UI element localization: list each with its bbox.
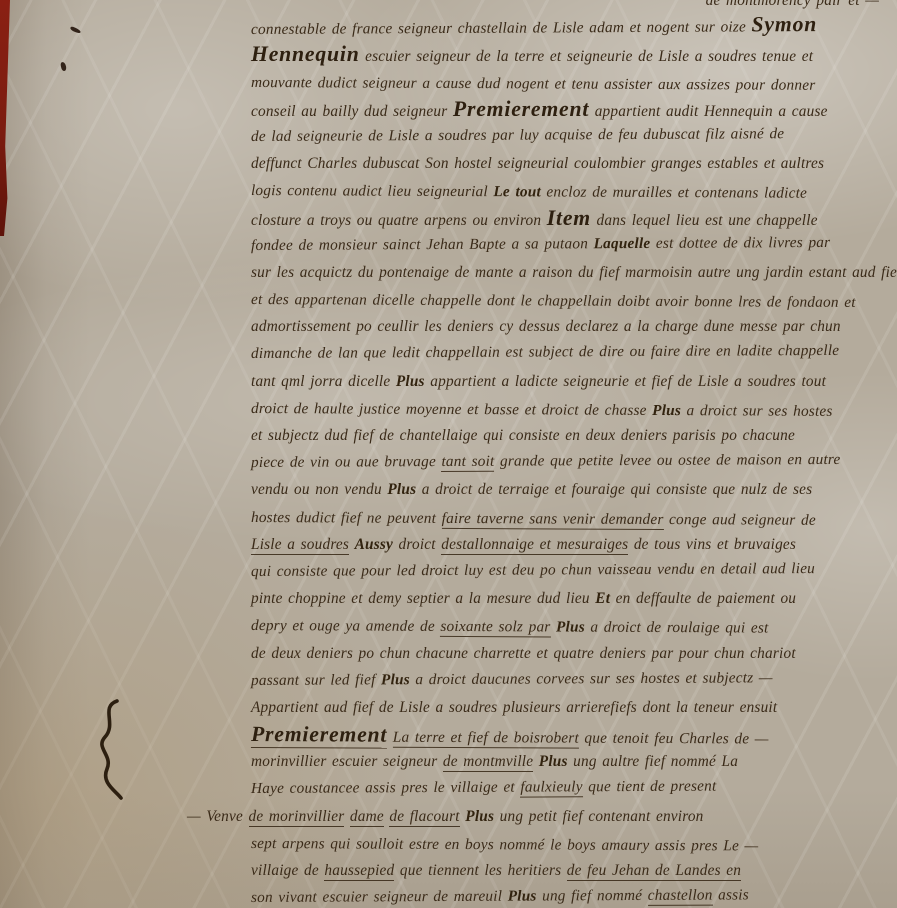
text-segment: Plus (381, 671, 410, 688)
text-segment: encloz de murailles et contenans ladicte (541, 184, 807, 202)
manuscript-line: closture a troys ou quatre arpens ou env… (251, 205, 893, 232)
text-segment: assis (713, 887, 749, 904)
manuscript-line: dimanche de lan que ledit chappellain es… (251, 337, 893, 368)
text-segment: faire taverne sans venir demander (442, 509, 664, 529)
text-segment: Plus (396, 373, 425, 390)
manuscript-line: Premierement La terre et fief de boisrob… (251, 721, 893, 751)
text-segment: que tenoit feu Charles de — (579, 730, 769, 748)
manuscript-line: tant qml jorra dicelle Plus appartient a… (251, 368, 893, 395)
text-segment: de morinvillier (249, 808, 345, 827)
manuscript-line: sept arpens qui soulloit estre en boys n… (251, 830, 893, 860)
text-segment: ung fief nommé (536, 887, 647, 905)
text-segment: escuier seigneur de la terre et seigneur… (360, 48, 814, 65)
manuscript-line: Hennequin escuier seigneur de la terre e… (251, 41, 893, 68)
text-segment: Et (595, 590, 610, 607)
text-segment: de flacourt (389, 808, 459, 827)
text-segment: Haye coustancee assis pres le villaige e… (251, 779, 520, 797)
text-segment: qui consiste que pour led droict luy est… (251, 560, 815, 580)
text-segment: a droict sur ses hostes (681, 402, 833, 420)
text-segment: mouvante dudict seigneur a cause dud nog… (251, 74, 815, 94)
text-segment: fondee de monsieur sainct Jehan Bapte a … (251, 235, 594, 254)
text-segment: Le tout (493, 183, 541, 200)
text-segment: Appartient aud fief de Lisle a soudres p… (251, 699, 777, 716)
manuscript-line: de deux deniers po chun chacune charrett… (251, 640, 893, 667)
text-segment: dimanche de lan que ledit chappellain es… (251, 342, 839, 362)
text-segment: conseil au bailly dud seigneur (251, 103, 453, 120)
manuscript-line: mouvante dudict seigneur a cause dud nog… (251, 69, 893, 99)
text-segment: Plus (387, 481, 416, 498)
text-segment: villaige de (251, 862, 324, 879)
text-segment: son vivant escuier seigneur de mareuil (251, 888, 508, 906)
text-segment: depry et ouge ya amende de (251, 617, 440, 635)
emphasized-word: Item (547, 206, 591, 230)
manuscript-line: logis contenu audict lieu seigneurial Le… (251, 177, 893, 207)
text-segment: et des appartenan dicelle chappelle dont… (251, 291, 856, 311)
manuscript-line: hostes dudict fief ne peuvent faire tave… (251, 504, 893, 534)
text-segment: ung aultre fief nommé La (568, 753, 738, 770)
manuscript-line: passant sur led fief Plus a droict daucu… (251, 663, 893, 694)
text-segment: sur les acquictz du pontenaige de mante … (251, 264, 897, 281)
manuscript-line: et subjectz dud fief de chantellaige qui… (251, 422, 893, 449)
manuscript-line: fondee de monsieur sainct Jehan Bapte a … (251, 228, 893, 259)
manuscript-line: pinte choppine et demy septier a la mesu… (251, 585, 893, 612)
emphasized-word: Premierement (251, 722, 387, 749)
text-segment: Laquelle (594, 235, 651, 252)
manuscript-line: vendu ou non vendu Plus a droict de terr… (251, 476, 893, 503)
manuscript-line: Lisle a soudres Aussy droict destallonna… (251, 531, 893, 558)
text-segment: de montmorency pair et — (706, 0, 879, 9)
text-segment: dans lequel lieu est une chappelle (591, 212, 818, 229)
text-segment: pinte choppine et demy septier a la mesu… (251, 590, 595, 607)
text-segment: de lad seigneurie de Lisle a soudres par… (251, 125, 784, 145)
emphasized-word: Hennequin (251, 42, 360, 66)
text-segment: Plus (465, 808, 494, 825)
manuscript-line: son vivant escuier seigneur de mareuil P… (251, 881, 893, 908)
manuscript-line: de lad seigneurie de Lisle a soudres par… (251, 120, 893, 151)
emphasized-word: Premierement (453, 97, 589, 121)
text-segment: chastellon (648, 887, 713, 906)
manuscript-line: conseil au bailly dud seigneur Premierem… (251, 96, 893, 123)
manuscript-line: villaige de haussepied que tiennent les … (251, 857, 893, 884)
text-segment: a droict daucunes corvees sur ses hostes… (410, 669, 773, 688)
text-segment: de montmville (443, 753, 533, 772)
text-segment: closture a troys ou quatre arpens ou env… (251, 212, 547, 229)
manuscript-line: et des appartenan dicelle chappelle dont… (251, 286, 893, 316)
manuscript-line: deffunct Charles dubuscat Son hostel sei… (251, 150, 893, 177)
text-segment: de feu Jehan de Landes en (567, 862, 741, 881)
text-segment: et subjectz dud fief de chantellaige qui… (251, 427, 795, 444)
text-segment: en deffaulte de paiement ou (610, 590, 796, 607)
manuscript-page: de montmorency pair et —connestable de f… (0, 0, 897, 908)
text-segment: — Venve (187, 808, 249, 825)
text-segment: hostes dudict fief ne peuvent (251, 509, 442, 527)
text-segment: Plus (508, 888, 537, 905)
text-segment: destallonnaige et mesuraiges (441, 536, 628, 555)
manuscript-line: sur les acquictz du pontenaige de mante … (251, 259, 893, 286)
text-segment: que tient de present (583, 778, 717, 796)
emphasized-word: Symon (751, 12, 817, 36)
text-segment: de tous vins et bruvaiges (628, 536, 796, 553)
manuscript-line: droict de haulte justice moyenne et bass… (251, 395, 893, 425)
text-segment: conge aud seigneur de (664, 511, 816, 529)
text-segment: Plus (556, 619, 585, 636)
text-segment: haussepied (324, 862, 394, 881)
text-segment: Plus (539, 753, 568, 770)
text-segment: tant soit (441, 453, 494, 472)
manuscript-line: qui consiste que pour led droict luy est… (251, 555, 893, 586)
text-segment: deffunct Charles dubuscat Son hostel sei… (251, 155, 824, 172)
manuscript-line: depry et ouge ya amende de soixante solz… (251, 612, 893, 642)
text-segment: logis contenu audict lieu seigneurial (251, 182, 493, 200)
text-segment: appartient a ladicte seigneurie et fief … (425, 373, 826, 390)
text-segment: passant sur led fief (251, 671, 381, 689)
text-segment: est dottee de dix livres par (650, 234, 830, 252)
text-segment: Aussy (355, 536, 393, 553)
text-segment: soixante solz par (440, 618, 550, 638)
manuscript-line: connestable de france seigneur chastella… (251, 11, 893, 42)
text-segment: grande que petite levee ou ostee de mais… (494, 451, 840, 470)
text-segment: que tiennent les heritiers (394, 862, 566, 879)
text-segment: morinvillier escuier seigneur (251, 753, 443, 770)
text-segment: tant qml jorra dicelle (251, 373, 396, 390)
text-segment: droict de haulte justice moyenne et bass… (251, 400, 652, 419)
text-segment: Plus (652, 402, 681, 419)
text-segment: La terre et fief de boisrobert (393, 729, 579, 749)
text-segment: admortissement po ceullir les deniers cy… (251, 318, 841, 335)
text-segment: a droict de roulaige qui est (585, 619, 769, 637)
manuscript-text: de montmorency pair et —connestable de f… (0, 0, 897, 908)
manuscript-line: Haye coustancee assis pres le villaige e… (251, 772, 893, 803)
text-segment: droict (393, 536, 441, 553)
text-segment: a droict de terraige et fouraige qui con… (416, 481, 812, 498)
manuscript-line: — Venve de morinvillier dame de flacourt… (187, 803, 893, 830)
text-segment: dame (350, 808, 384, 827)
text-segment: vendu ou non vendu (251, 481, 387, 498)
manuscript-line: piece de vin ou aue bruvage tant soit gr… (251, 446, 893, 477)
text-segment: faulxieuly (520, 779, 582, 798)
text-segment: piece de vin ou aue bruvage (251, 453, 442, 471)
text-segment: ung petit fief contenant environ (494, 808, 703, 825)
text-segment: appartient audit Hennequin a cause (589, 103, 827, 120)
text-segment: connestable de france seigneur chastella… (251, 19, 752, 39)
text-segment: sept arpens qui soulloit estre en boys n… (251, 835, 758, 854)
text-segment: Lisle a soudres (251, 536, 349, 555)
text-segment: de deux deniers po chun chacune charrett… (251, 645, 796, 662)
manuscript-line: Appartient aud fief de Lisle a soudres p… (251, 694, 893, 721)
